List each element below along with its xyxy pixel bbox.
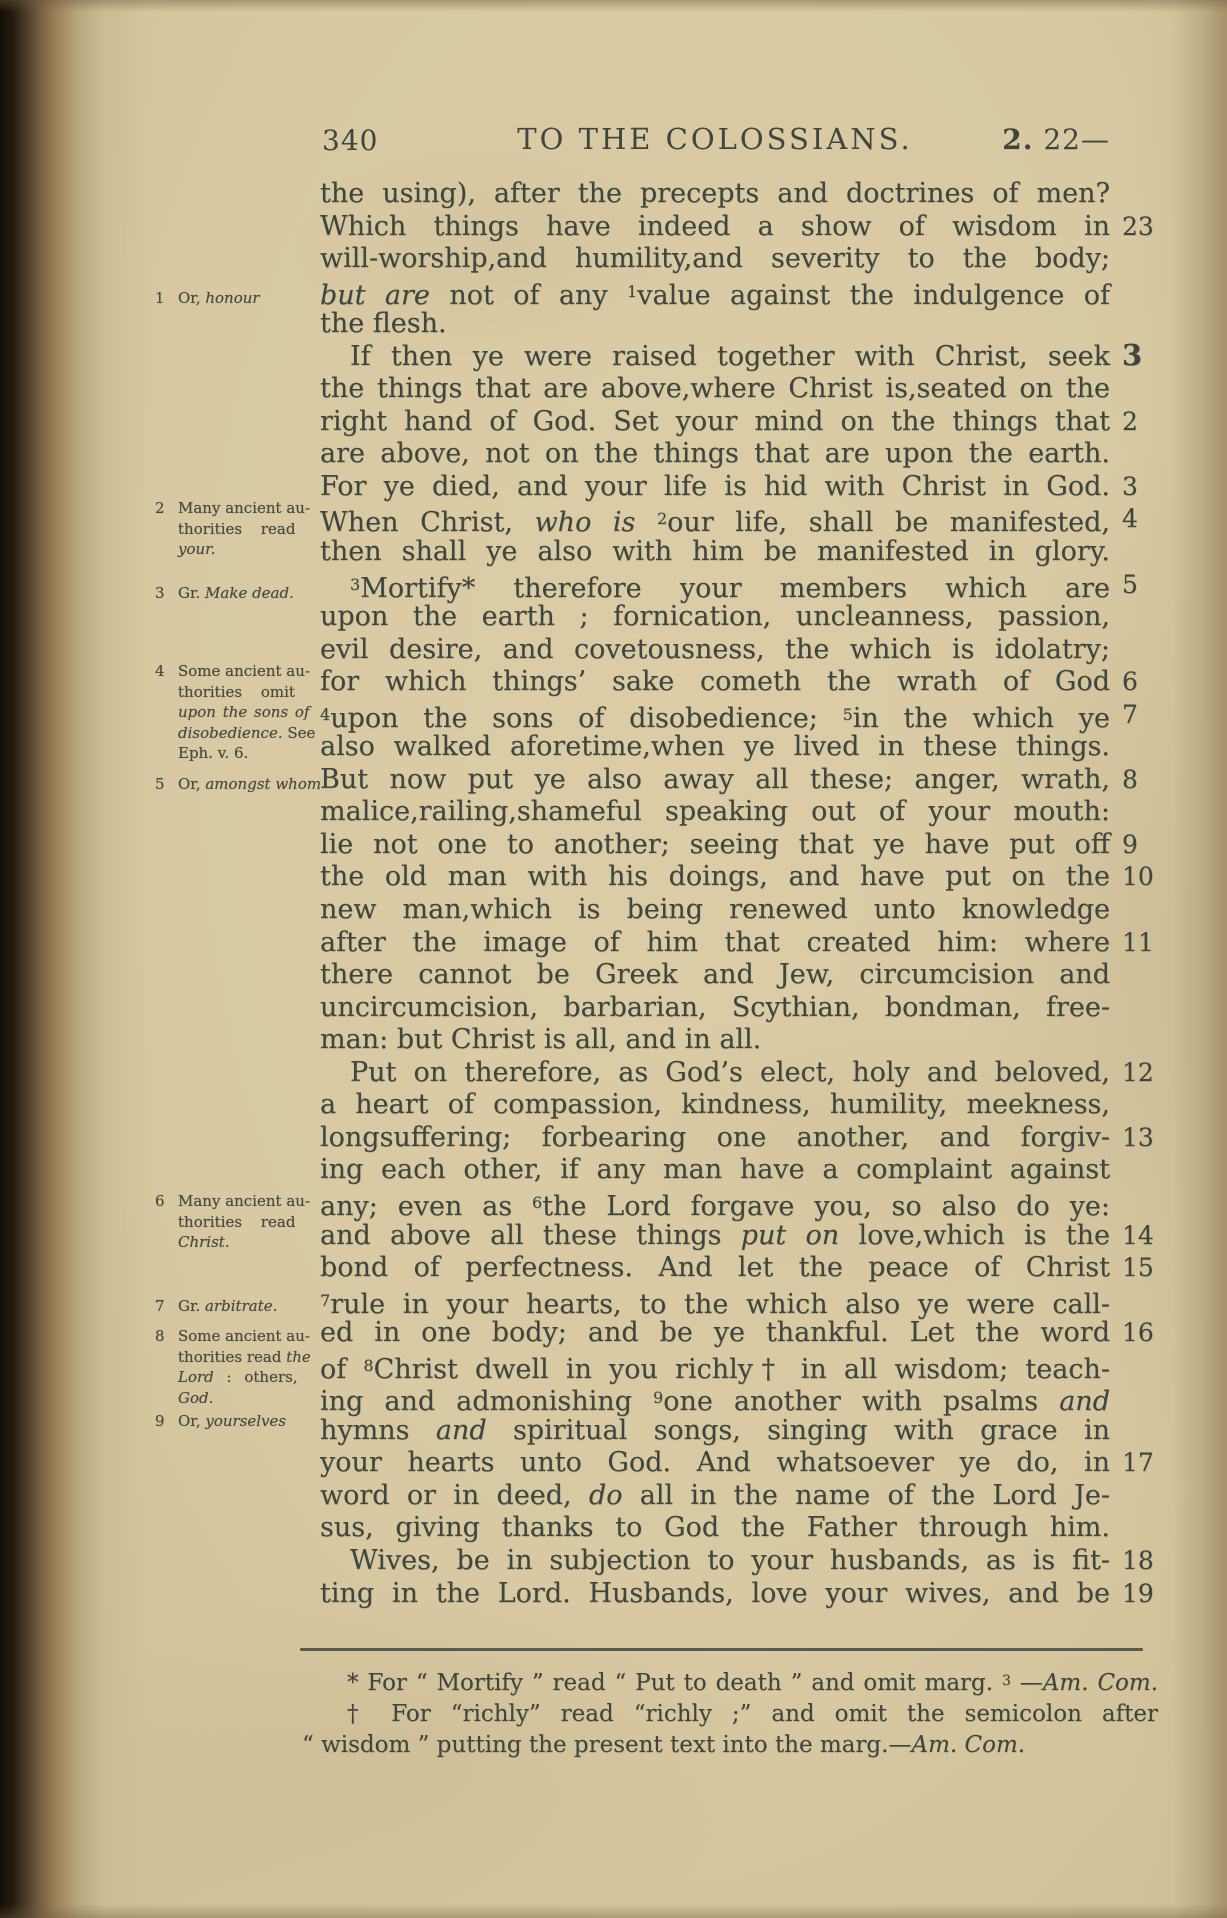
text-segment: Or, xyxy=(178,775,205,793)
text-line: the things that are above,where Christ i… xyxy=(320,373,1110,406)
ref-rest: 22— xyxy=(1033,123,1110,156)
margin-note: 4Some ancient au-thorities omitupon the … xyxy=(145,661,319,764)
text-line: Wives, be in subjection to your husbands… xyxy=(320,1545,1110,1578)
chapter-number: 3 xyxy=(1122,339,1184,372)
text-segment: ting in the Lord. Husbands, love your wi… xyxy=(320,1578,1110,1609)
text-line: If then ye were raised together with Chr… xyxy=(320,341,1110,374)
margin-note: 7Gr. arbitrate. xyxy=(145,1296,319,1317)
text-line: malice,railing,shameful speaking out of … xyxy=(320,796,1110,829)
margin-note: 6Many ancient au-thorities readChrist. xyxy=(145,1191,319,1253)
text-segment: do xyxy=(589,1480,623,1511)
text-segment: the flesh. xyxy=(320,308,447,339)
text-segment: and above all these things xyxy=(320,1220,741,1251)
note-number: 5 xyxy=(155,774,165,795)
note-number: 2 xyxy=(155,498,165,519)
note-reference-mark: 3 xyxy=(350,575,360,594)
text-segment: Am. Com. xyxy=(1043,1670,1158,1696)
margin-note: 1Or, honour xyxy=(145,288,319,309)
ref-chapter: 2. xyxy=(1002,123,1033,156)
text-segment: Christ. xyxy=(178,1233,230,1251)
note-line: thorities omit xyxy=(178,682,319,703)
text-segment: amongst whom xyxy=(205,775,321,793)
text-line: word or in deed, do all in the name of t… xyxy=(320,1480,1110,1513)
note-number: 3 xyxy=(155,583,165,604)
text-line: lie not one to another; seeing that ye h… xyxy=(320,829,1110,862)
text-segment: Christ dwell in you richly† in all wisdo… xyxy=(374,1354,1110,1385)
text-line: for which things’ sake cometh the wrath … xyxy=(320,666,1110,699)
text-segment: of xyxy=(320,1354,363,1385)
text-segment: the things that are above,where Christ i… xyxy=(320,373,1110,404)
text-segment: thorities read xyxy=(178,520,295,538)
text-segment: malice,railing,shameful speaking out of … xyxy=(320,796,1110,827)
verse-number: 6 xyxy=(1122,666,1184,699)
note-number: 4 xyxy=(155,661,165,682)
text-segment: Many ancient au- xyxy=(178,1192,310,1210)
text-segment: the old man with his doings, and have pu… xyxy=(320,861,1110,892)
text-segment: thorities omit xyxy=(178,683,295,701)
text-segment: For ye died, and your life is hid with C… xyxy=(320,471,1110,502)
text-segment: But now put ye also away all these; ange… xyxy=(320,764,1110,795)
body-text-column: the using), after the precepts and doctr… xyxy=(320,178,1110,1610)
text-segment: for which things’ sake cometh the wrath … xyxy=(320,666,1110,697)
verse-number: 16 xyxy=(1122,1317,1184,1350)
note-line: your. xyxy=(178,539,319,560)
margin-note: 3Gr. Make dead. xyxy=(145,583,319,604)
text-segment: sus, giving thanks to God the Father thr… xyxy=(320,1512,1110,1543)
text-segment: spiritual songs, singing with grace in xyxy=(487,1415,1110,1446)
text-line: of 8Christ dwell in you richly† in all w… xyxy=(320,1350,1110,1383)
text-line: any; even as 6the Lord forgave you, so a… xyxy=(320,1187,1110,1220)
text-line: right hand of God. Set your mind on the … xyxy=(320,406,1110,439)
text-segment: yourselves xyxy=(205,1412,286,1430)
text-line: will-worship,and humility,and severity t… xyxy=(320,243,1110,276)
text-line: the using), after the precepts and doctr… xyxy=(320,178,1110,211)
text-segment: in the which ye xyxy=(853,703,1110,734)
text-line: 4upon the sons of disobedience; 5in the … xyxy=(320,699,1110,732)
note-line: thorities read xyxy=(178,1212,319,1233)
text-line: Put on therefore, as God’s elect, holy a… xyxy=(320,1057,1110,1090)
margin-note: 9Or, yourselves xyxy=(145,1411,319,1432)
text-segment: Gr. xyxy=(178,584,205,602)
text-segment: put on xyxy=(741,1220,839,1251)
text-segment: rule in your hearts, to the which also y… xyxy=(330,1289,1110,1320)
text-line: are above, not on the things that are up… xyxy=(320,438,1110,471)
text-segment: — xyxy=(1011,1670,1043,1696)
note-reference-mark: 4 xyxy=(320,705,330,724)
text-segment: the Lord forgave you, so also do ye: xyxy=(542,1191,1110,1222)
note-number: 6 xyxy=(155,1191,165,1212)
text-line: longsuffering; forbearing one another, a… xyxy=(320,1122,1110,1155)
verse-number: 2 xyxy=(1122,406,1184,439)
text-segment: honour xyxy=(205,289,259,307)
text-segment: are above, not on the things that are up… xyxy=(320,438,1110,469)
text-segment: but are xyxy=(320,280,430,311)
text-segment: also walked aforetime,when ye lived in t… xyxy=(320,731,1110,762)
text-segment: man: but Christ is all, and in all. xyxy=(320,1024,761,1055)
text-segment: love,which is the xyxy=(839,1220,1110,1251)
text-segment: Mortify* therefore your members which ar… xyxy=(360,573,1110,604)
verse-number: 18 xyxy=(1122,1545,1184,1578)
footnote-separator xyxy=(300,1648,1143,1651)
note-reference-mark: 5 xyxy=(843,705,853,724)
note-line: Many ancient au- xyxy=(178,1191,319,1212)
text-segment: : others, xyxy=(214,1368,298,1386)
text-segment: right hand of God. Set your mind on the … xyxy=(320,406,1110,437)
text-segment: there cannot be Greek and Jew, circumcis… xyxy=(320,959,1110,990)
text-segment: ed in one body; and be ye thankful. Let … xyxy=(320,1317,1110,1348)
text-segment: and xyxy=(1059,1386,1110,1417)
note-reference-mark: 9 xyxy=(653,1388,663,1407)
text-segment: Or, xyxy=(178,1412,205,1430)
text-segment: lie not one to another; seeing that ye h… xyxy=(320,829,1110,860)
text-line: a heart of compassion, kindness, humilit… xyxy=(320,1089,1110,1122)
note-number: 8 xyxy=(155,1326,165,1347)
note-line: Or, honour xyxy=(178,288,319,309)
note-reference-mark: 8 xyxy=(363,1356,373,1375)
page-header: 340 TO THE COLOSSIANS. 2. 22— xyxy=(320,122,1110,164)
note-line: thorities read the xyxy=(178,1347,319,1368)
text-segment: If then ye were raised together with Chr… xyxy=(350,341,1110,372)
text-segment: upon the sons of xyxy=(178,703,310,721)
text-segment: thorities read xyxy=(178,1213,295,1231)
margin-notes-column: 1Or, honour2Many ancient au-thorities re… xyxy=(0,0,320,1918)
note-line: Eph. v. 6. xyxy=(178,743,319,764)
text-segment: your hearts unto God. And whatsoever ye … xyxy=(320,1447,1110,1478)
verse-number: 23 xyxy=(1122,211,1184,244)
text-segment: Some ancient au- xyxy=(178,1327,310,1345)
footnote-line: “ wisdom ” putting the present text into… xyxy=(302,1730,1158,1761)
verse-number: 3 xyxy=(1122,471,1184,504)
text-segment: after the image of him that created him:… xyxy=(320,927,1110,958)
text-segment: upon the sons of disobedience; xyxy=(330,703,842,734)
verse-number: 4 xyxy=(1122,503,1184,536)
text-line: ing and admonishing 9one another with ps… xyxy=(320,1382,1110,1415)
text-line: ting in the Lord. Husbands, love your wi… xyxy=(320,1578,1110,1611)
text-segment: arbitrate. xyxy=(205,1297,277,1315)
text-segment: hymns xyxy=(320,1415,436,1446)
text-line: For ye died, and your life is hid with C… xyxy=(320,471,1110,504)
verse-number: 17 xyxy=(1122,1447,1184,1480)
note-number: 1 xyxy=(155,288,165,309)
text-segment: who is xyxy=(535,507,657,538)
text-segment: longsuffering; forbearing one another, a… xyxy=(320,1122,1110,1153)
text-line: When Christ, who is 2our life, shall be … xyxy=(320,503,1110,536)
text-segment: disobedience. xyxy=(178,724,283,742)
margin-note: 5Or, amongst whom xyxy=(145,774,319,795)
text-segment: * For “ Mortify ” read “ Put to death ” … xyxy=(347,1670,1002,1696)
text-segment: bond of perfectness. And let the peace o… xyxy=(320,1252,1110,1283)
text-line: the old man with his doings, and have pu… xyxy=(320,861,1110,894)
verse-number: 11 xyxy=(1122,927,1184,960)
text-segment: Wives, be in subjection to your husbands… xyxy=(350,1545,1110,1576)
text-line: bond of perfectness. And let the peace o… xyxy=(320,1252,1110,1285)
text-segment: your. xyxy=(178,540,215,558)
text-segment: value against the indulgence of xyxy=(637,280,1110,311)
text-line: there cannot be Greek and Jew, circumcis… xyxy=(320,959,1110,992)
margin-note: 8Some ancient au-thorities read theLord … xyxy=(145,1326,319,1408)
text-segment: word or in deed, xyxy=(320,1480,589,1511)
note-line: Some ancient au- xyxy=(178,1326,319,1347)
text-segment: not of any xyxy=(430,280,627,311)
text-line: your hearts unto God. And whatsoever ye … xyxy=(320,1447,1110,1480)
verse-number: 15 xyxy=(1122,1252,1184,1285)
verse-number: 5 xyxy=(1122,569,1184,602)
verse-number: 12 xyxy=(1122,1057,1184,1090)
text-segment: Make dead. xyxy=(205,584,294,602)
text-line: ed in one body; and be ye thankful. Let … xyxy=(320,1317,1110,1350)
footnote-line: † For “richly” read “richly ;” and omit … xyxy=(302,1699,1158,1730)
text-segment: uncircumcision, barbarian, Scythian, bon… xyxy=(320,992,1110,1023)
text-line: hymns and spiritual songs, singing with … xyxy=(320,1415,1110,1448)
scanned-book-page: 340 TO THE COLOSSIANS. 2. 22— 1Or, honou… xyxy=(0,0,1227,1918)
text-line: man: but Christ is all, and in all. xyxy=(320,1024,1110,1057)
note-reference-mark: 3 xyxy=(1002,1673,1011,1689)
text-segment: Or, xyxy=(178,289,205,307)
text-segment: the xyxy=(286,1348,311,1366)
text-segment: the using), after the precepts and doctr… xyxy=(320,178,1110,209)
verse-number: 19 xyxy=(1122,1578,1184,1611)
note-reference-mark: 1 xyxy=(627,282,637,301)
footnote-line: * For “ Mortify ” read “ Put to death ” … xyxy=(302,1666,1158,1699)
note-number: 7 xyxy=(155,1296,165,1317)
margin-note: 2Many ancient au-thorities readyour. xyxy=(145,498,319,560)
text-segment: will-worship,and humility,and severity t… xyxy=(320,243,1110,274)
text-segment: “ wisdom ” putting the present text into… xyxy=(302,1732,911,1758)
text-line: new man,which is being renewed unto know… xyxy=(320,894,1110,927)
text-segment: thorities read xyxy=(178,1348,286,1366)
text-line: also walked aforetime,when ye lived in t… xyxy=(320,731,1110,764)
note-line: thorities read xyxy=(178,519,319,540)
text-segment: Eph. v. 6. xyxy=(178,744,248,762)
text-segment: one another with psalms xyxy=(663,1386,1059,1417)
text-segment: Lord xyxy=(178,1368,214,1386)
text-segment: any; even as xyxy=(320,1191,532,1222)
text-segment: then shall ye also with him be manifeste… xyxy=(320,536,1110,567)
note-line: God. xyxy=(178,1388,319,1409)
running-title: TO THE COLOSSIANS. xyxy=(320,122,1110,156)
text-line: and above all these things put on love,w… xyxy=(320,1220,1110,1253)
text-segment: † For “richly” read “richly ;” and omit … xyxy=(347,1701,1158,1727)
text-segment: ing and admonishing xyxy=(320,1386,653,1417)
text-segment: Many ancient au- xyxy=(178,499,310,517)
text-line: after the image of him that created him:… xyxy=(320,927,1110,960)
note-line: Or, yourselves xyxy=(178,1411,319,1432)
text-segment: Which things have indeed a show of wisdo… xyxy=(320,211,1110,242)
text-segment: new man,which is being renewed unto know… xyxy=(320,894,1110,925)
text-line: 3Mortify* therefore your members which a… xyxy=(320,569,1110,602)
note-line: Or, amongst whom xyxy=(178,774,319,795)
text-segment: evil desire, and covetousness, the which… xyxy=(320,634,1110,665)
note-line: upon the sons of xyxy=(178,702,319,723)
note-reference-mark: 7 xyxy=(320,1291,330,1310)
verse-number: 9 xyxy=(1122,829,1184,862)
text-line: upon the earth ; fornication, uncleannes… xyxy=(320,601,1110,634)
note-reference-mark: 2 xyxy=(657,509,667,528)
verse-number: 13 xyxy=(1122,1122,1184,1155)
text-segment: When Christ, xyxy=(320,507,535,538)
verse-number: 7 xyxy=(1122,699,1184,732)
text-segment: Gr. xyxy=(178,1297,205,1315)
text-segment: upon the earth ; fornication, uncleannes… xyxy=(320,601,1110,632)
note-line: Gr. arbitrate. xyxy=(178,1296,319,1317)
note-line: Lord : others, xyxy=(178,1367,319,1388)
chapter-verse-ref: 2. 22— xyxy=(1002,123,1110,156)
footnotes-block: * For “ Mortify ” read “ Put to death ” … xyxy=(302,1666,1158,1761)
note-line: Gr. Make dead. xyxy=(178,583,319,604)
text-segment: a heart of compassion, kindness, humilit… xyxy=(320,1089,1110,1120)
text-segment: Am. Com. xyxy=(911,1732,1025,1758)
text-segment: ing each other, if any man have a compla… xyxy=(320,1154,1110,1185)
note-number: 9 xyxy=(155,1411,165,1432)
text-segment: God. xyxy=(178,1389,213,1407)
text-segment: all in the name of the Lord Je- xyxy=(622,1480,1110,1511)
text-segment: Put on therefore, as God’s elect, holy a… xyxy=(350,1057,1110,1088)
note-line: Christ. xyxy=(178,1232,319,1253)
text-segment: See xyxy=(283,724,316,742)
text-line: but are not of any 1value against the in… xyxy=(320,276,1110,309)
text-line: uncircumcision, barbarian, Scythian, bon… xyxy=(320,992,1110,1025)
note-line: Some ancient au- xyxy=(178,661,319,682)
text-segment: Some ancient au- xyxy=(178,662,310,680)
note-reference-mark: 6 xyxy=(532,1193,542,1212)
text-line: 7rule in your hearts, to the which also … xyxy=(320,1285,1110,1318)
note-line: disobedience. See xyxy=(178,723,319,744)
text-line: the flesh. xyxy=(320,308,1110,341)
text-line: evil desire, and covetousness, the which… xyxy=(320,634,1110,667)
text-line: then shall ye also with him be manifeste… xyxy=(320,536,1110,569)
verse-number: 10 xyxy=(1122,861,1184,894)
note-line: Many ancient au- xyxy=(178,498,319,519)
text-line: Which things have indeed a show of wisdo… xyxy=(320,211,1110,244)
text-segment: our life, shall be manifested, xyxy=(667,507,1110,538)
text-segment: and xyxy=(436,1415,487,1446)
text-line: ing each other, if any man have a compla… xyxy=(320,1154,1110,1187)
text-line: sus, giving thanks to God the Father thr… xyxy=(320,1512,1110,1545)
text-line: But now put ye also away all these; ange… xyxy=(320,764,1110,797)
verse-number: 8 xyxy=(1122,764,1184,797)
verse-number: 14 xyxy=(1122,1220,1184,1253)
